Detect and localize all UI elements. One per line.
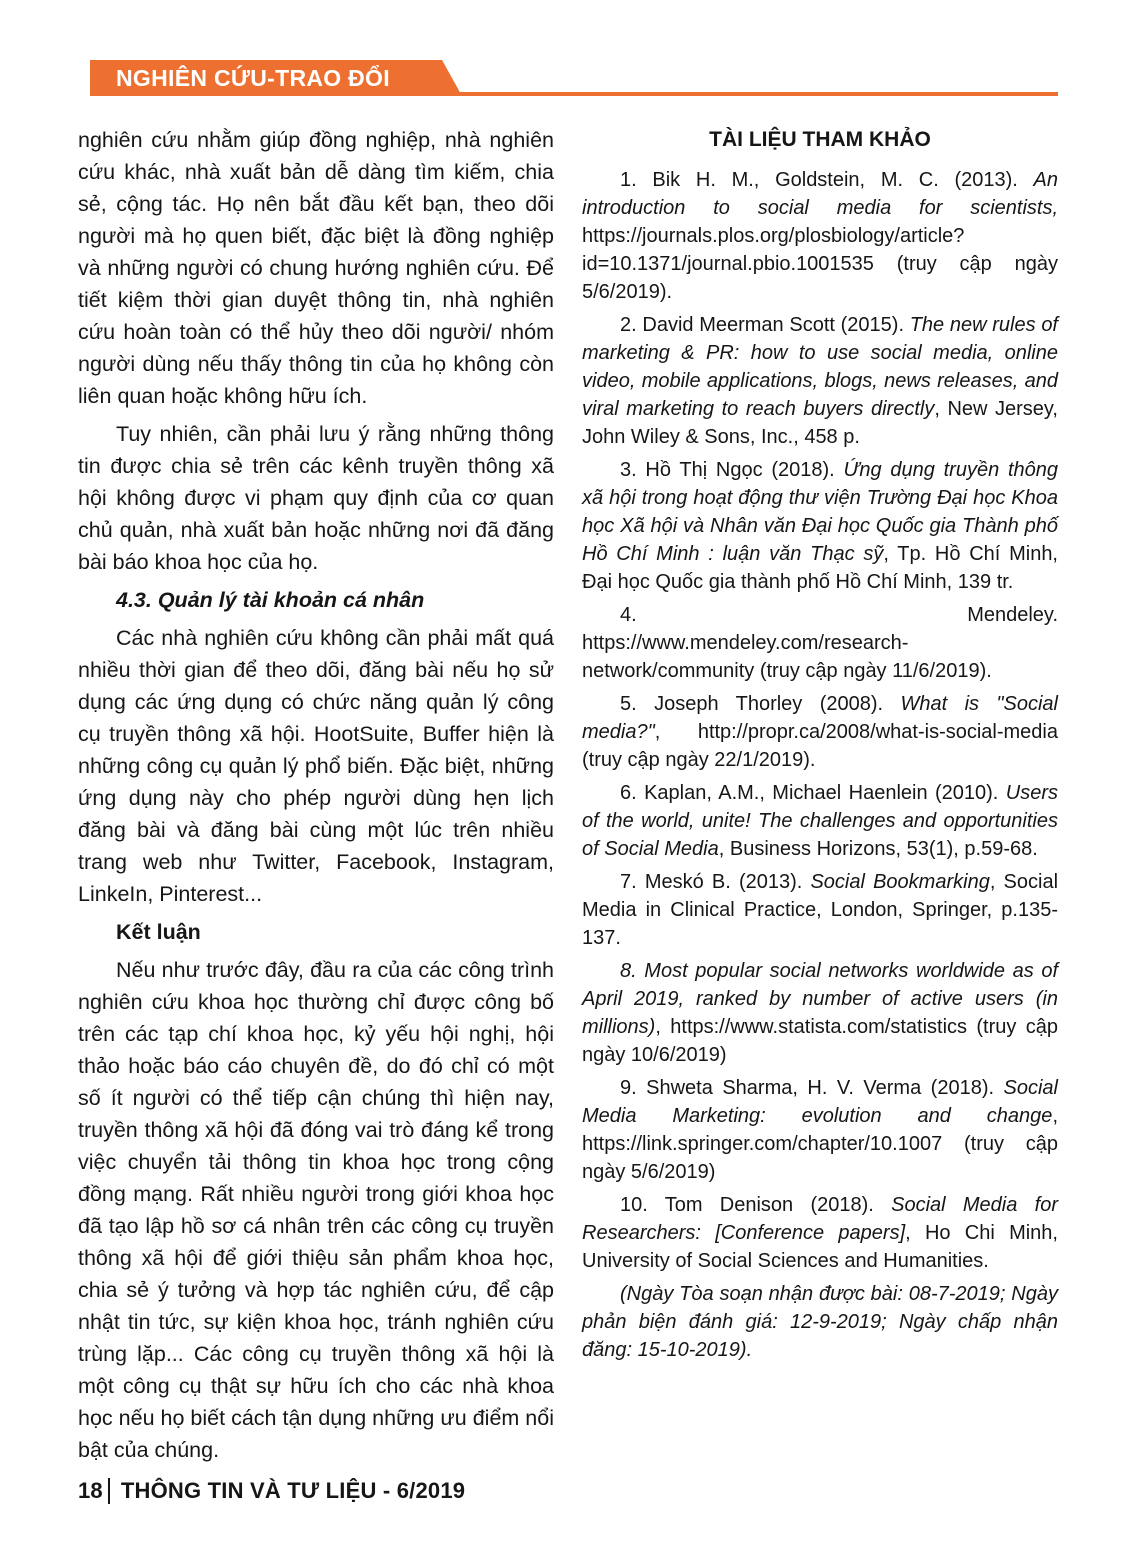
reference-item: 2. David Meerman Scott (2015). The new r… xyxy=(582,311,1058,451)
reference-text: 3. Hồ Thị Ngọc (2018). xyxy=(620,459,844,481)
page-number: 18 xyxy=(78,1478,103,1504)
references-column: TÀI LIỆU THAM KHẢO 1. Bik H. M., Goldste… xyxy=(582,124,1058,1472)
reference-text: 9. Shweta Sharma, H. V. Verma (2018). xyxy=(620,1077,1004,1099)
paragraph-continuation: nghiên cứu nhằm giúp đồng nghiệp, nhà ng… xyxy=(78,124,554,412)
reference-item: 1. Bik H. M., Goldstein, M. C. (2013). A… xyxy=(582,166,1058,306)
reference-text: 6. Kaplan, A.M., Michael Haenlein (2010)… xyxy=(620,782,1006,804)
paragraph: Tuy nhiên, cần phải lưu ý rằng những thô… xyxy=(78,418,554,578)
reference-item: 4. Mendeley. https://www.mendeley.com/re… xyxy=(582,601,1058,685)
reference-item: 7. Meskó B. (2013). Social Bookmarking, … xyxy=(582,868,1058,952)
reference-text: , Business Horizons, 53(1), p.59-68. xyxy=(719,838,1038,860)
journal-name: THÔNG TIN VÀ TƯ LIỆU - 6/2019 xyxy=(121,1478,465,1504)
reference-item: 9. Shweta Sharma, H. V. Verma (2018). So… xyxy=(582,1074,1058,1186)
page-body: nghiên cứu nhằm giúp đồng nghiệp, nhà ng… xyxy=(78,124,1058,1472)
reference-text: 2. David Meerman Scott (2015). xyxy=(620,314,910,336)
editorial-dates-note: (Ngày Tòa soạn nhận được bài: 08-7-2019;… xyxy=(582,1280,1058,1364)
reference-item: 3. Hồ Thị Ngọc (2018). Ứng dụng truyền t… xyxy=(582,456,1058,596)
references-title: TÀI LIỆU THAM KHẢO xyxy=(582,126,1058,154)
conclusion-paragraph: Nếu như trước đây, đầu ra của các công t… xyxy=(78,954,554,1466)
reference-text: https://journals.plos.org/plosbiology/ar… xyxy=(582,225,1058,303)
reference-text: 10. Tom Denison (2018). xyxy=(620,1194,891,1216)
header-rule xyxy=(458,92,1058,96)
section-banner-label: NGHIÊN CỨU-TRAO ĐỔI xyxy=(90,65,390,92)
footer-divider xyxy=(108,1478,110,1504)
reference-item: 8. Most popular social networks worldwid… xyxy=(582,957,1058,1069)
subsection-heading: 4.3. Quản lý tài khoản cá nhân xyxy=(78,584,554,616)
reference-item: 10. Tom Denison (2018). Social Media for… xyxy=(582,1191,1058,1275)
reference-text: 5. Joseph Thorley (2008). xyxy=(620,693,900,715)
reference-item: 6. Kaplan, A.M., Michael Haenlein (2010)… xyxy=(582,779,1058,863)
left-column: nghiên cứu nhằm giúp đồng nghiệp, nhà ng… xyxy=(78,124,554,1472)
reference-text: 1. Bik H. M., Goldstein, M. C. (2013). xyxy=(620,169,1034,191)
reference-item: 5. Joseph Thorley (2008). What is "Socia… xyxy=(582,690,1058,774)
paragraph: Các nhà nghiên cứu không cần phải mất qu… xyxy=(78,622,554,910)
reference-text: 7. Meskó B. (2013). xyxy=(620,871,810,893)
page-footer: 18 THÔNG TIN VÀ TƯ LIỆU - 6/2019 xyxy=(78,1478,465,1504)
conclusion-heading: Kết luận xyxy=(78,916,554,948)
reference-title-italic: Social Bookmarking xyxy=(810,871,989,893)
section-banner: NGHIÊN CỨU-TRAO ĐỔI xyxy=(90,60,462,96)
reference-text: 4. Mendeley. https://www.mendeley.com/re… xyxy=(582,604,1058,682)
